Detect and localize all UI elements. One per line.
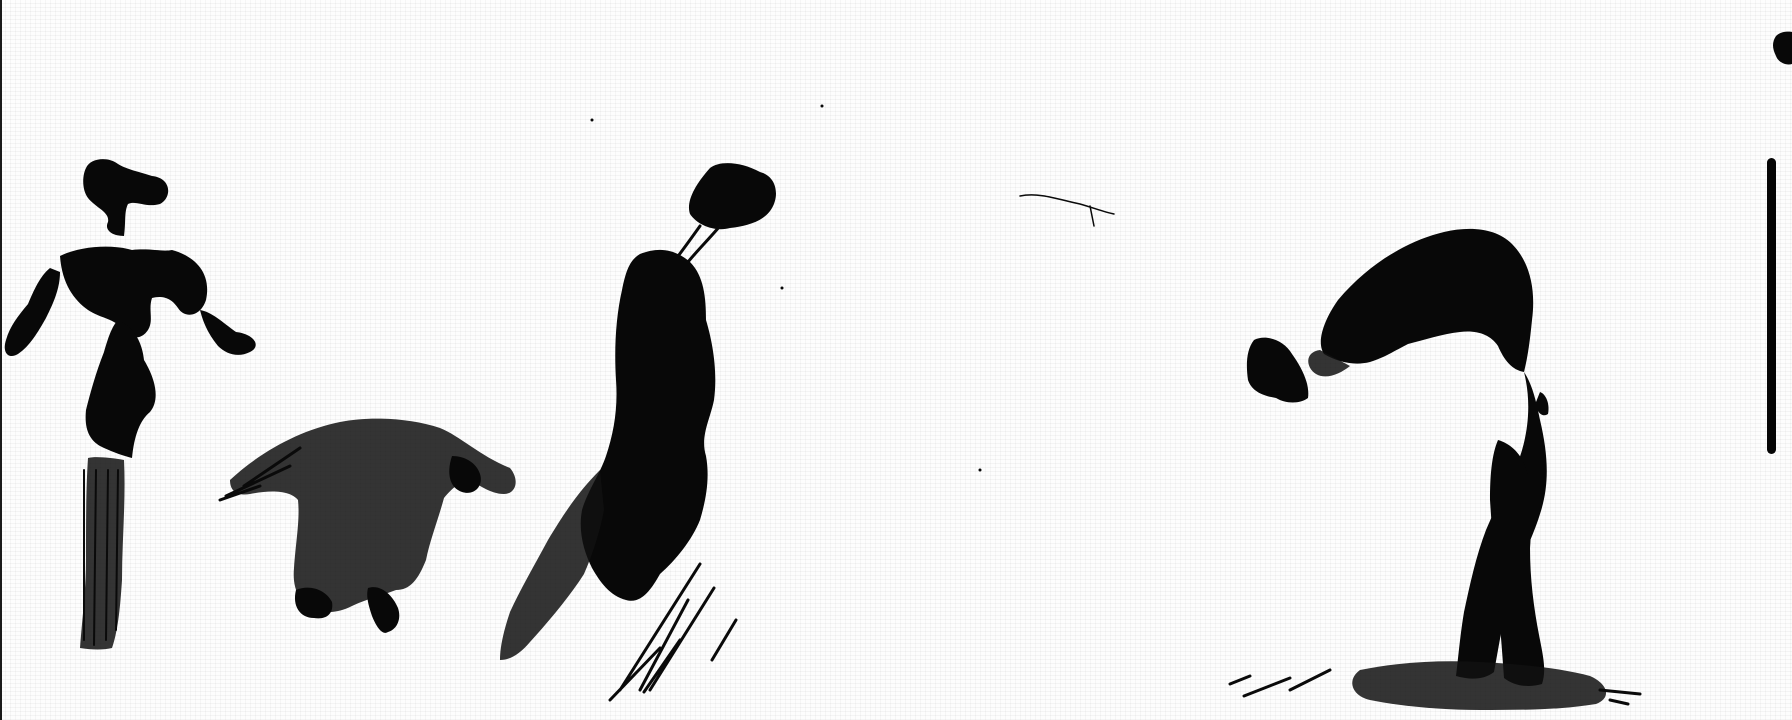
ink-painting [0,0,1792,720]
walking-figure [500,163,776,700]
vertical-ink-bar [1767,158,1776,454]
standing-figure-left [5,159,256,649]
bending-figure-right [1230,229,1640,710]
top-right-ink-blob [1773,32,1792,65]
crouching-figure [220,419,516,633]
